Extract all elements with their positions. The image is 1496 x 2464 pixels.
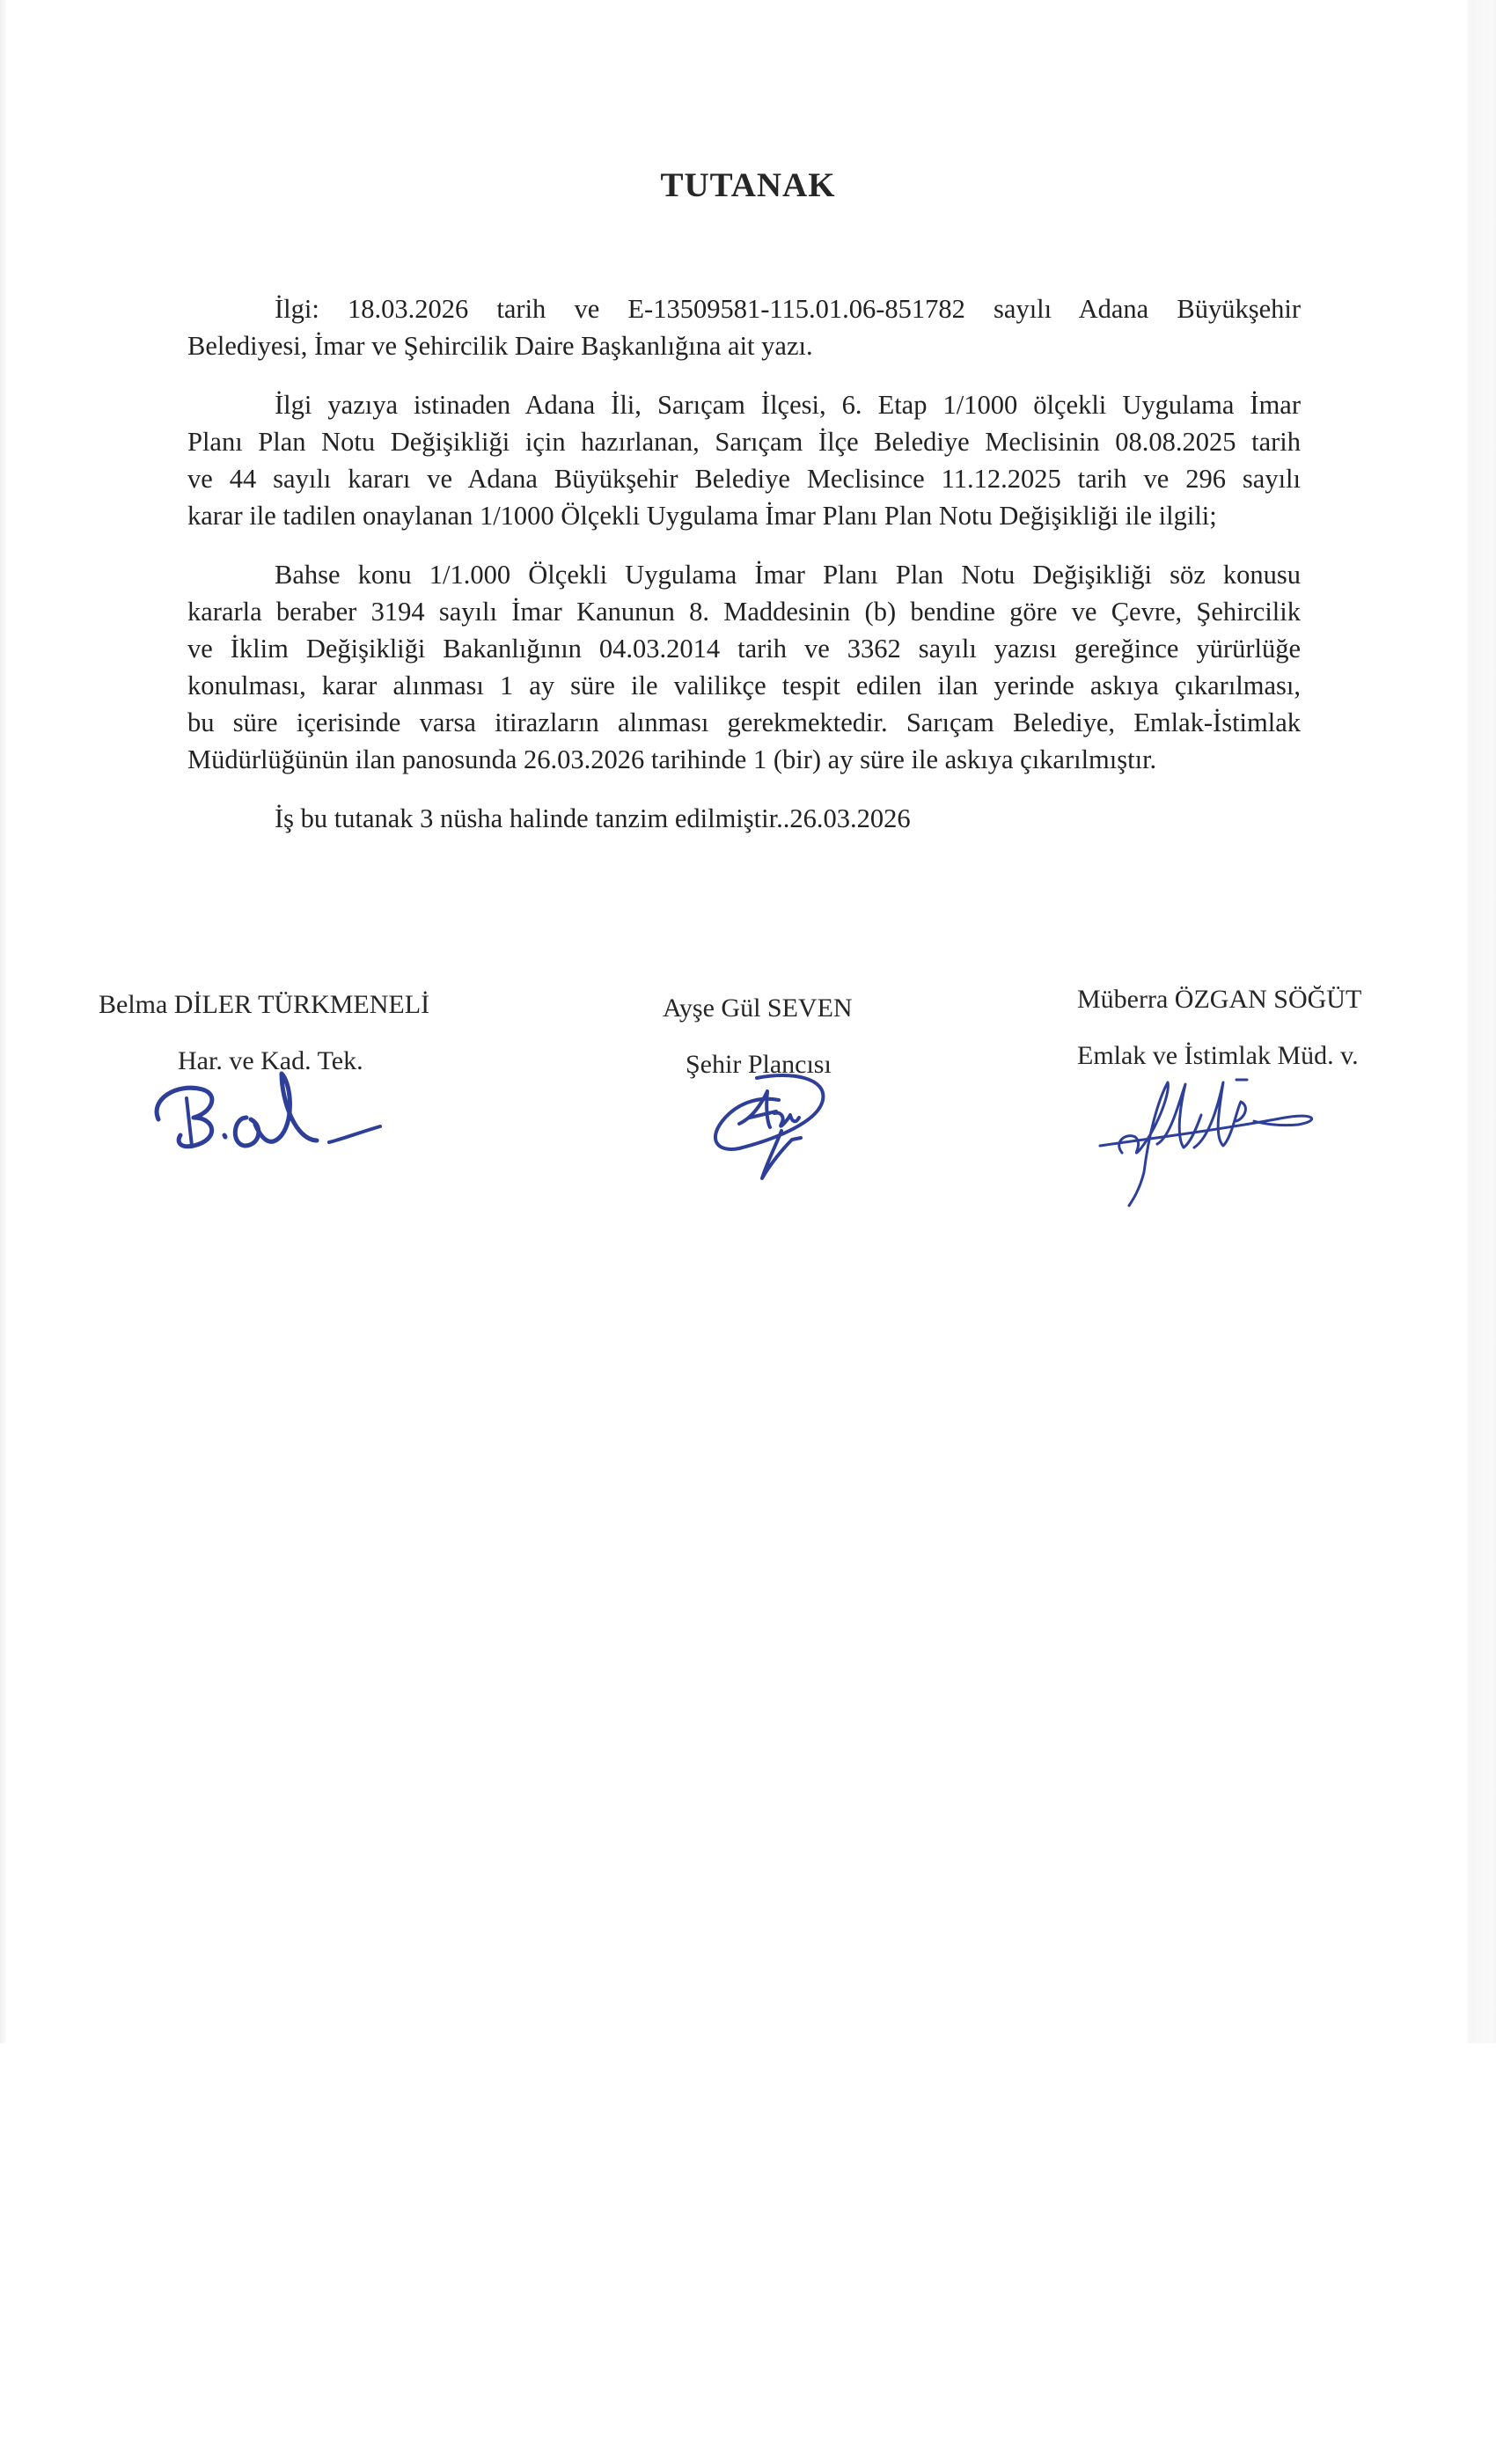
document-body: İlgi: 18.03.2026 tarih ve E-13509581-115…: [187, 290, 1301, 859]
signatory-name: Belma DİLER TÜRKMENELİ: [99, 987, 429, 1023]
text-line: İlgi yazıya istinaden Adana İli, Sarıçam…: [187, 386, 1301, 423]
text-line: ve İklim Değişikliği Bakanlığının 04.03.…: [187, 630, 1301, 667]
text-line: Bahse konu 1/1.000 Ölçekli Uygulama İmar…: [187, 556, 1301, 593]
closing-paragraph: İş bu tutanak 3 nüsha halinde tanzim edi…: [187, 800, 1301, 837]
signatory-role: Emlak ve İstimlak Müd. v.: [1077, 1038, 1361, 1074]
text-line: kararla beraber 3194 sayılı İmar Kanunun…: [187, 593, 1301, 630]
text-line: Müdürlüğünün ilan panosunda 26.03.2026 t…: [187, 741, 1301, 778]
signatory-3: Müberra ÖZGAN SÖĞÜT Emlak ve İstimlak Mü…: [1077, 982, 1361, 1074]
scan-edge-left: [0, 0, 7, 2043]
text-line: konulması, karar alınması 1 ay süre ile …: [187, 667, 1301, 704]
subject-paragraph: İlgi yazıya istinaden Adana İli, Sarıçam…: [187, 386, 1301, 534]
signatory-name: Müberra ÖZGAN SÖĞÜT: [1077, 982, 1361, 1017]
handwritten-signature-icon: [1096, 1075, 1329, 1207]
document-title: TUTANAK: [0, 165, 1496, 205]
signatory-1: Belma DİLER TÜRKMENELİ Har. ve Kad. Tek.: [99, 987, 429, 1079]
text-line: ve 44 sayılı kararı ve Adana Büyükşehir …: [187, 460, 1301, 497]
text-line: bu süre içerisinde varsa itirazların alı…: [187, 704, 1301, 741]
details-paragraph: Bahse konu 1/1.000 Ölçekli Uygulama İmar…: [187, 556, 1301, 778]
text-line: Planı Plan Notu Değişikliği için hazırla…: [187, 423, 1301, 460]
reference-paragraph: İlgi: 18.03.2026 tarih ve E-13509581-115…: [187, 290, 1301, 364]
text-line: Belediyesi, İmar ve Şehircilik Daire Baş…: [187, 327, 1301, 364]
signatory-name: Ayşe Gül SEVEN: [663, 991, 853, 1026]
text-line: İlgi: 18.03.2026 tarih ve E-13509581-115…: [187, 290, 1301, 327]
signatory-role: Şehir Plancısı: [663, 1047, 853, 1082]
handwritten-signature-icon: [704, 1069, 836, 1184]
handwritten-signature-icon: [141, 1065, 387, 1162]
scanned-page: TUTANAK İlgi: 18.03.2026 tarih ve E-1350…: [0, 0, 1496, 2043]
text-line: İş bu tutanak 3 nüsha halinde tanzim edi…: [187, 800, 1301, 837]
signatory-2: Ayşe Gül SEVEN Şehir Plancısı: [663, 991, 853, 1082]
signatory-role: Har. ve Kad. Tek.: [99, 1044, 429, 1079]
text-line: karar ile tadilen onaylanan 1/1000 Ölçek…: [187, 497, 1301, 534]
scan-edge-right: [1466, 0, 1496, 2043]
